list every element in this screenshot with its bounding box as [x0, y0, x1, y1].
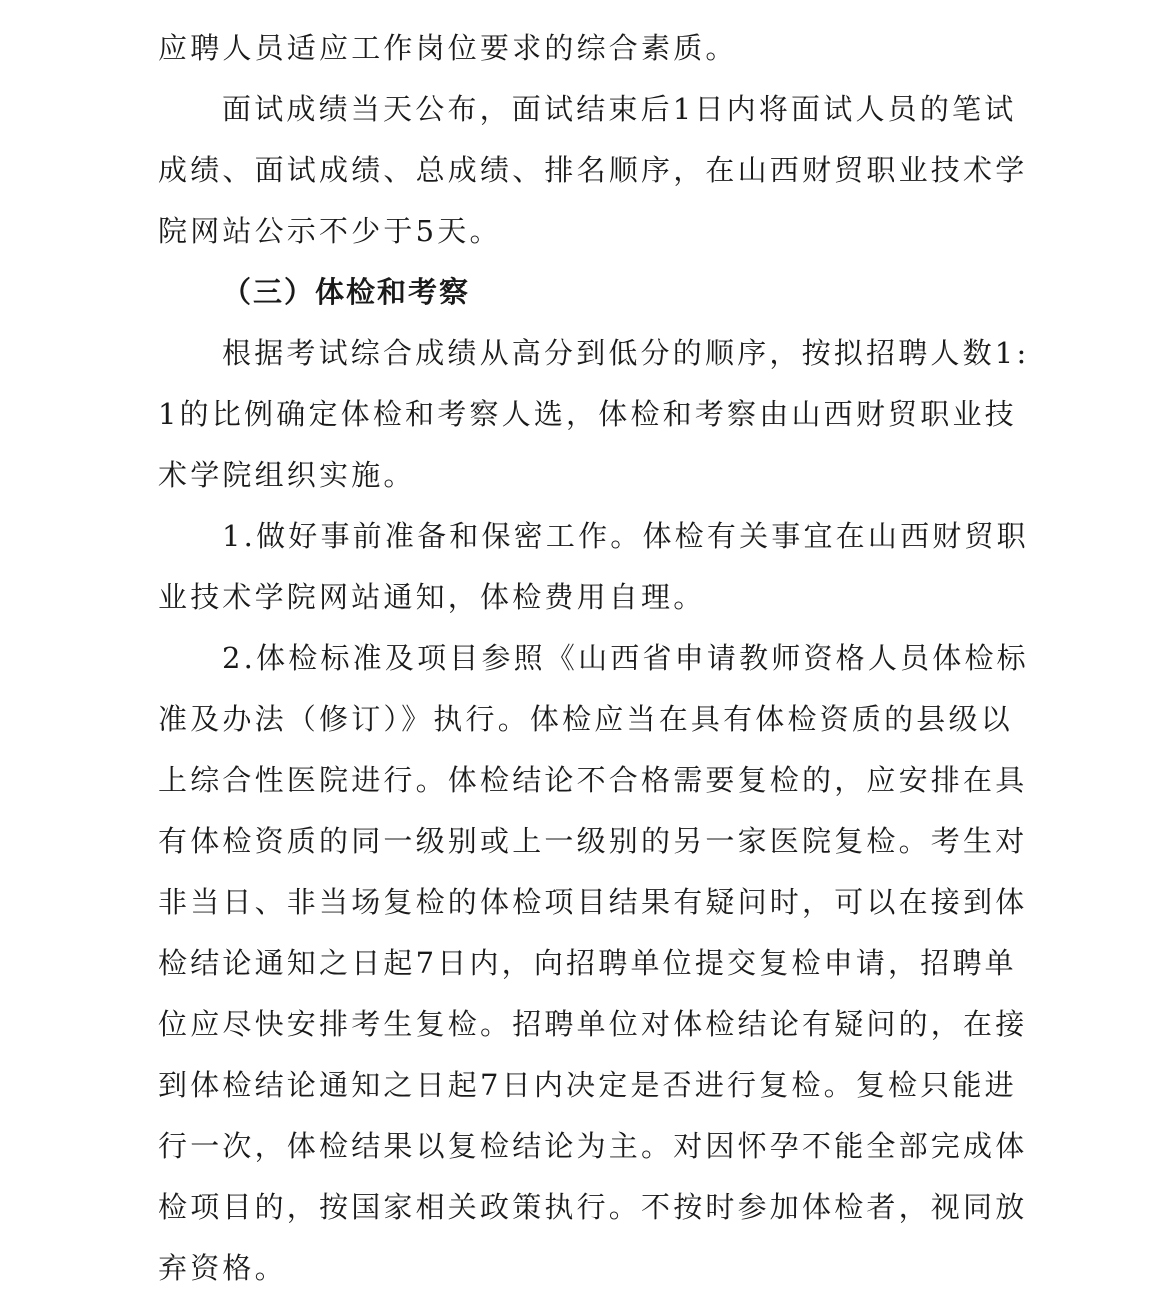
- section-heading: （三）体检和考察: [222, 272, 470, 312]
- paragraph-line: 术学院组织实施。: [158, 455, 416, 495]
- list-item-line: 准及办法（修订）》执行。体检应当在具有体检资质的县级以: [158, 699, 1013, 739]
- list-item-line: 到体检结论通知之日起7日内决定是否进行复检。复检只能进: [158, 1065, 1017, 1105]
- paragraph-line: 成绩、面试成绩、总成绩、排名顺序，在山西财贸职业技术学: [158, 150, 1027, 190]
- paragraph-line: 应聘人员适应工作岗位要求的综合素质。: [158, 28, 738, 68]
- list-item-line: 检结论通知之日起7日内，向招聘单位提交复检申请，招聘单: [158, 943, 1017, 983]
- list-item-line: 1.做好事前准备和保密工作。体检有关事宜在山西财贸职: [222, 516, 1029, 556]
- list-item-line: 上综合性医院进行。体检结论不合格需要复检的，应安排在具: [158, 760, 1027, 800]
- list-item-line: 位应尽快安排考生复检。招聘单位对体检结论有疑问的，在接: [158, 1004, 1027, 1044]
- document-page: 应聘人员适应工作岗位要求的综合素质。 面试成绩当天公布，面试结束后1日内将面试人…: [0, 0, 1170, 1298]
- paragraph-line: 根据考试综合成绩从高分到低分的顺序，按拟招聘人数1:: [222, 333, 1029, 373]
- list-item-line: 有体检资质的同一级别或上一级别的另一家医院复检。考生对: [158, 821, 1027, 861]
- list-item-line: 行一次，体检结果以复检结论为主。对因怀孕不能全部完成体: [158, 1126, 1027, 1166]
- list-item-line: 非当日、非当场复检的体检项目结果有疑问时，可以在接到体: [158, 882, 1027, 922]
- list-item-line: 弃资格。: [158, 1248, 287, 1288]
- paragraph-line: 院网站公示不少于5天。: [158, 211, 502, 251]
- list-item-line: 检项目的，按国家相关政策执行。不按时参加体检者，视同放: [158, 1187, 1027, 1227]
- list-item-line: 2.体检标准及项目参照《山西省申请教师资格人员体检标: [222, 638, 1029, 678]
- paragraph-line: 1的比例确定体检和考察人选，体检和考察由山西财贸职业技: [158, 394, 1017, 434]
- paragraph-line: 面试成绩当天公布，面试结束后1日内将面试人员的笔试: [222, 89, 1016, 129]
- list-item-line: 业技术学院网站通知，体检费用自理。: [158, 577, 705, 617]
